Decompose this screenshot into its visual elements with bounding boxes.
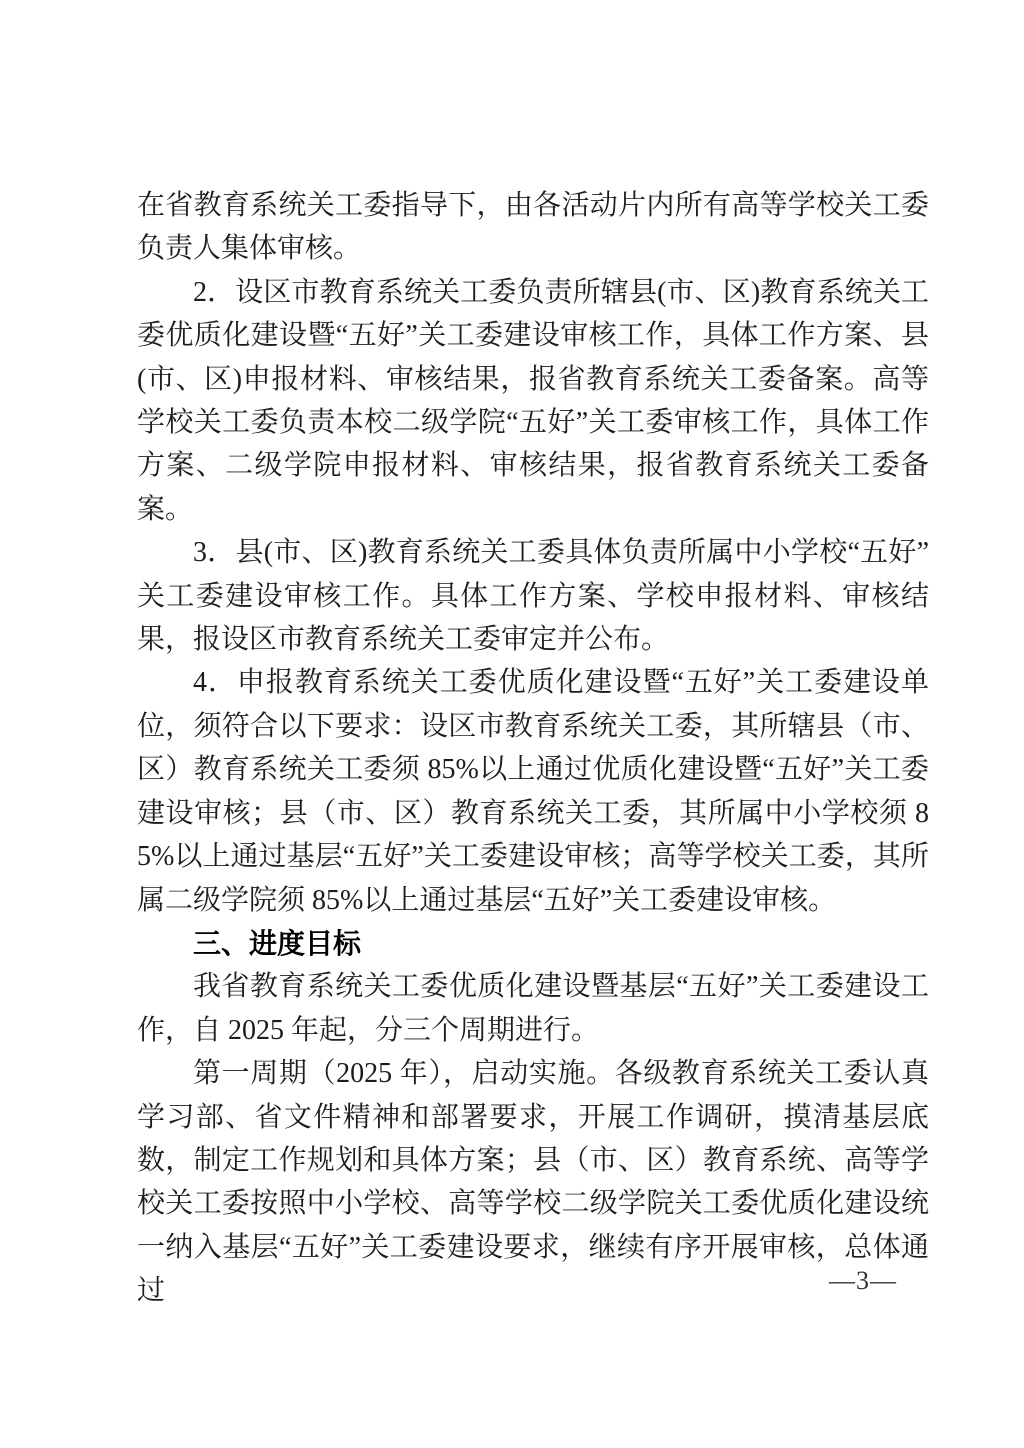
paragraph-overview: 我省教育系统关工委优质化建设暨基层“五好”关工委建设工作，自 2025 年起，分… [137, 965, 929, 1052]
document-body: 在省教育系统关工委指导下，由各活动片内所有高等学校关工委负责人集体审核。 2．设… [137, 184, 929, 1313]
paragraph-item-2: 2．设区市教育系统关工委负责所辖县(市、区)教育系统关工委优质化建设暨“五好”关… [137, 271, 929, 531]
page-number: —3— [0, 1266, 897, 1296]
paragraph-item-4: 4．申报教育系统关工委优质化建设暨“五好”关工委建设单位，须符合以下要求：设区市… [137, 661, 929, 921]
document-page: 在省教育系统关工委指导下，由各活动片内所有高等学校关工委负责人集体审核。 2．设… [0, 0, 1024, 1448]
paragraph-item-3: 3．县(市、区)教育系统关工委具体负责所属中小学校“五好”关工委建设审核工作。具… [137, 531, 929, 661]
paragraph-continuation: 在省教育系统关工委指导下，由各活动片内所有高等学校关工委负责人集体审核。 [137, 184, 929, 271]
section-heading-progress-goals: 三、进度目标 [137, 922, 929, 965]
